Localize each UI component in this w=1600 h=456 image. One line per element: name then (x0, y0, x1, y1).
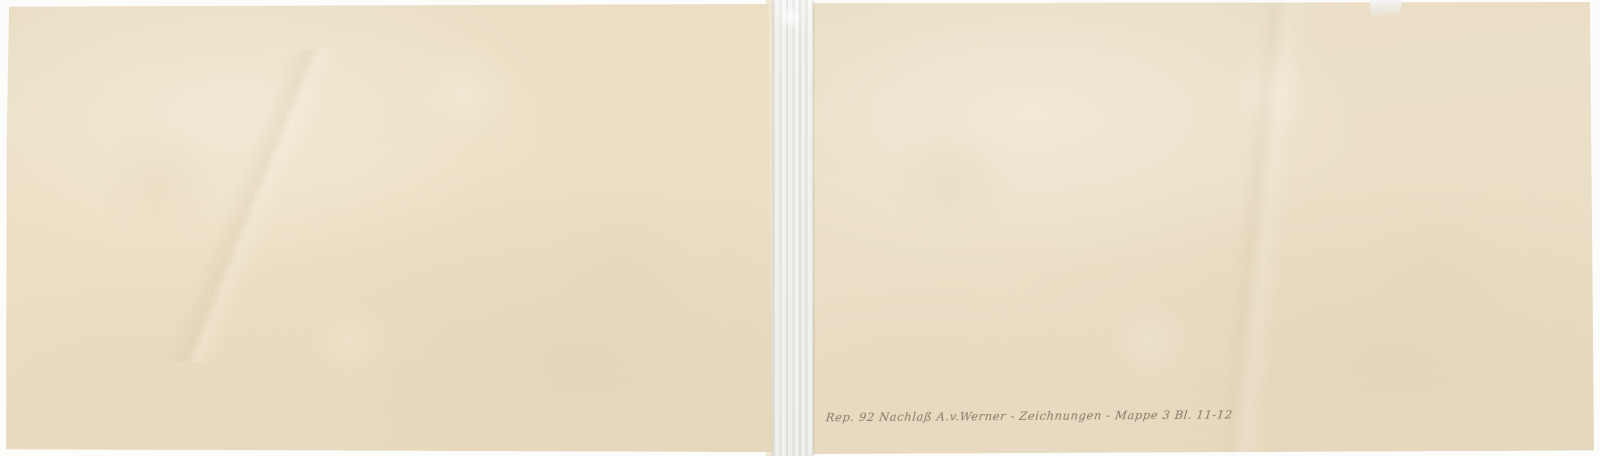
paper-sheet-left (6, 4, 772, 452)
tape-highlight (779, 6, 801, 28)
tape-fragment-top-right (1368, 0, 1402, 17)
paper-texture (790, 2, 1594, 454)
scanned-document: Rep. 92 Nachlaß A.v.Werner - Zeichnungen… (0, 0, 1600, 456)
tape-strip (773, 0, 813, 456)
paper-crease (37, 49, 458, 363)
paper-crease (1031, 2, 1473, 454)
archive-inscription: Rep. 92 Nachlaß A.v.Werner - Zeichnungen… (825, 408, 1187, 425)
paper-sheet-right (790, 2, 1594, 454)
paper-texture (6, 4, 772, 452)
